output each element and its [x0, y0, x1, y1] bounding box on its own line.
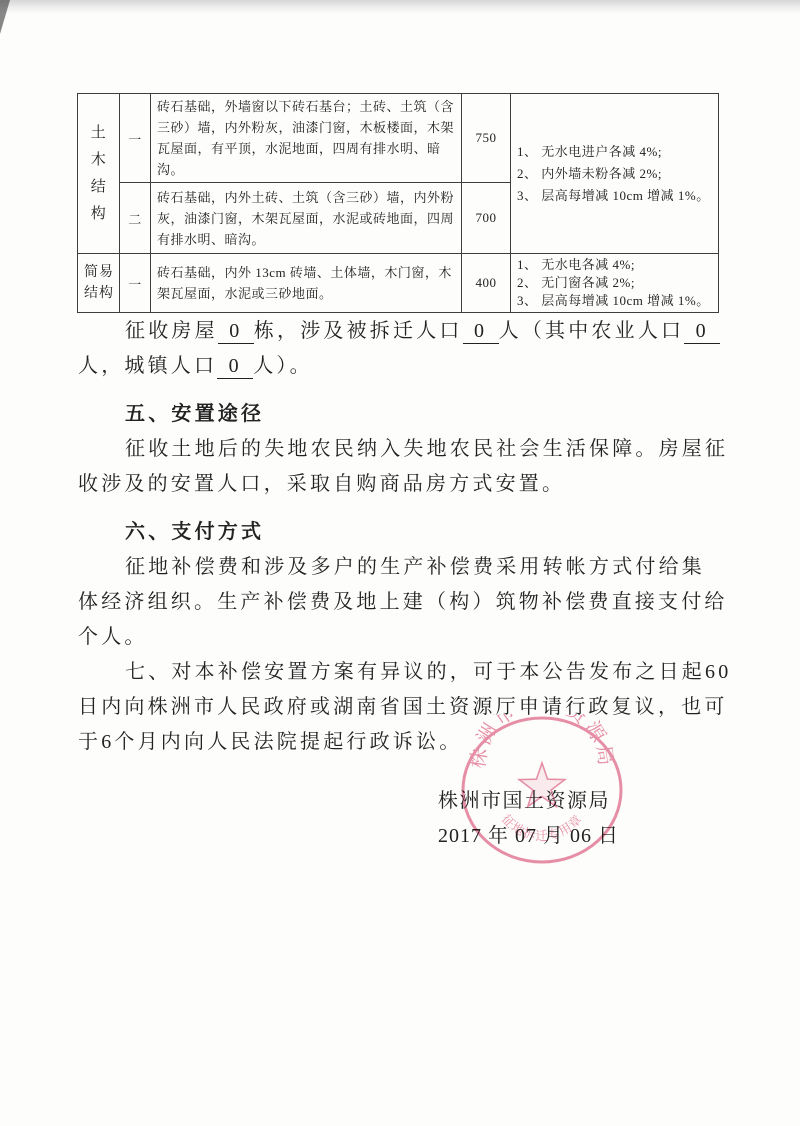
text-segment: 征收房屋	[125, 320, 218, 342]
price-cell: 750	[462, 94, 511, 183]
note-line: 1、 无水电各减 4%;	[517, 256, 712, 274]
structure-label: 土木结构	[91, 120, 107, 228]
section-heading-6: 六、支付方式	[78, 515, 740, 550]
note-line: 2、 内外墙未粉各减 2%;	[517, 163, 712, 185]
paragraph-resettlement: 征收土地后的失地农民纳入失地农民社会生活保障。房屋征收涉及的安置人口，采取自购商…	[78, 432, 740, 502]
table-row: 土木结构 一 砖石基础，外墙窗以下砖石基台；土砖、土筑（含三砂）墙，内外粉灰，油…	[78, 94, 719, 183]
text-segment: 栋，涉及被拆迁人口	[254, 320, 463, 342]
text-segment: 人）。	[253, 355, 313, 377]
document-body: 征收房屋0栋，涉及被拆迁人口0人（其中农业人口0人，城镇人口0人）。 五、安置途…	[78, 314, 740, 854]
text-line: 个人。	[78, 626, 148, 648]
scanned-document-page: 土木结构 一 砖石基础，外墙窗以下砖石基台；土砖、土筑（含三砂）墙，内外粉灰，油…	[0, 0, 800, 1126]
description-cell: 砖石基础，外墙窗以下砖石基台；土砖、土筑（含三砂）墙，内外粉灰，油漆门窗，木板楼…	[151, 94, 462, 183]
text-line: 征收土地后的失地农民纳入失地农民社会生活保障。房屋征	[125, 438, 728, 460]
text-line: 七、对本补偿安置方案有异议的，可于本公告发布之日起60	[125, 661, 731, 683]
section-heading-5: 五、安置途径	[78, 397, 740, 432]
description-cell: 砖石基础，内外 13cm 砖墙、土体墙，木门窗，木架瓦屋面，水泥或三砂地面。	[151, 254, 462, 313]
structure-cell-earth-wood: 土木结构	[78, 94, 120, 254]
note-line: 3、 层高每增减 10cm 增减 1%。	[517, 185, 712, 207]
grade-cell: 一	[120, 94, 151, 183]
issuing-authority: 株洲市国土资源局	[438, 784, 740, 819]
text-segment: 人，城镇人口	[78, 355, 217, 377]
note-line: 3、 层高每增减 10cm 增减 1%。	[517, 292, 712, 310]
paragraph-objection-rights: 七、对本补偿安置方案有异议的，可于本公告发布之日起60日内向株洲市人民政府或湖南…	[78, 655, 740, 760]
filled-blank-value: 0	[463, 319, 499, 344]
adjustment-notes-cell: 1、 无水电进户各减 4%; 2、 内外墙未粉各减 2%; 3、 层高每增减 1…	[511, 94, 719, 254]
compensation-standards-table: 土木结构 一 砖石基础，外墙窗以下砖石基台；土砖、土筑（含三砂）墙，内外粉灰，油…	[77, 93, 719, 313]
note-line: 2、 无门窗各减 2%;	[517, 274, 712, 292]
text-line: 于6个月内向人民法院提起行政诉讼。	[78, 731, 462, 753]
text-line: 体经济组织。生产补偿费及地上建（构）筑物补偿费直接支付给	[78, 591, 728, 613]
text-line: 收涉及的安置人口，采取自购商品房方式安置。	[78, 473, 565, 495]
note-line: 1、 无水电进户各减 4%;	[517, 141, 712, 163]
text-segment: 人（其中农业人口	[499, 320, 685, 342]
filled-blank-value: 0	[218, 319, 254, 344]
price-cell: 400	[462, 254, 511, 313]
adjustment-notes-cell: 1、 无水电各减 4%; 2、 无门窗各减 2%; 3、 层高每增减 10cm …	[511, 254, 719, 313]
grade-cell: 二	[120, 183, 151, 254]
grade-cell: 一	[120, 254, 151, 313]
text-line: 日内向株洲市人民政府或湖南省国土资源厅申请行政复议，也可	[78, 696, 728, 718]
scanner-edge-shadow	[0, 0, 800, 14]
paragraph-payment-method: 征地补偿费和涉及多户的生产补偿费采用转帐方式付给集体经济组织。生产补偿费及地上建…	[78, 550, 740, 655]
text-line: 征地补偿费和涉及多户的生产补偿费采用转帐方式付给集	[125, 556, 705, 578]
table-row: 简易结构 一 砖石基础，内外 13cm 砖墙、土体墙，木门窗，木架瓦屋面，水泥或…	[78, 254, 719, 313]
structure-label: 简易结构	[84, 262, 114, 304]
filled-blank-value: 0	[217, 354, 253, 379]
issue-date: 2017 年 07 月 06 日	[438, 819, 740, 854]
paragraph-house-count: 征收房屋0栋，涉及被拆迁人口0人（其中农业人口0人，城镇人口0人）。	[78, 314, 740, 384]
description-cell: 砖石基础，内外土砖、土筑（含三砂）墙，内外粉灰，油漆门窗，木架瓦屋面，水泥或砖地…	[151, 183, 462, 254]
signature-block: 株洲市国土资源局 2017 年 07 月 06 日	[78, 784, 740, 854]
structure-cell-simple: 简易结构	[78, 254, 120, 313]
scan-corner-artifact	[0, 0, 10, 34]
price-cell: 700	[462, 183, 511, 254]
filled-blank-value: 0	[684, 319, 720, 344]
